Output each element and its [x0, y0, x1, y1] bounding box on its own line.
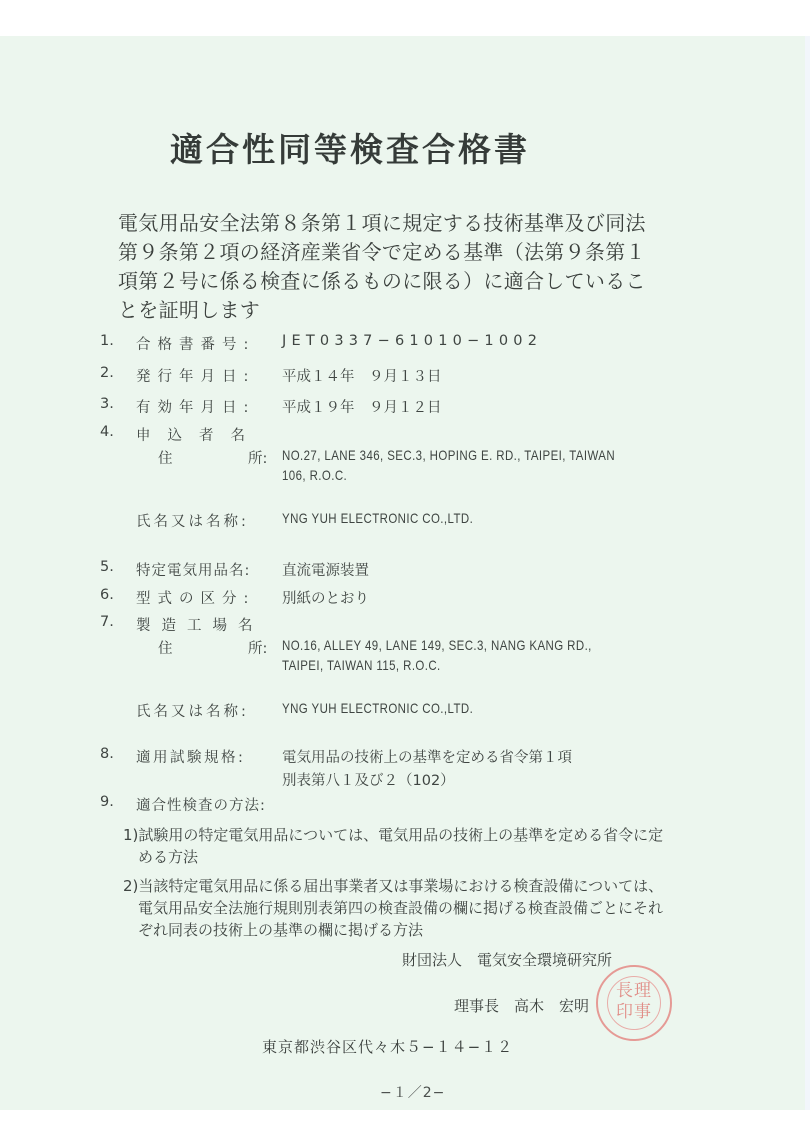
item-label-model-class: 型式の区分: [136, 587, 255, 608]
certificate-number: JET0337−61010−1002 [282, 333, 542, 349]
item-label-product-name: 特定電気用品名: [136, 559, 250, 580]
name-label: 氏名又は名称: [136, 510, 249, 531]
method-2-line-3: ぞれ同表の技術上の基準の欄に掲げる方法 [123, 919, 423, 940]
factory-name: YNG YUH ELECTRONIC CO.,LTD. [282, 700, 473, 716]
applicant-address-line-2: 106, R.O.C. [282, 467, 347, 483]
item-number: 6. [100, 587, 132, 603]
address-label-right: 所: [248, 447, 267, 468]
expiry-date: 平成１９年 ９月１２日 [282, 396, 442, 417]
factory-address-line-2: TAIPEI, TAIWAN 115, R.O.C. [282, 657, 441, 673]
paper-edge [805, 36, 810, 1110]
item-label-applicant: 申込者名 [136, 424, 262, 445]
item-number: 4. [100, 424, 132, 440]
item-number: 5. [100, 559, 132, 575]
item-number: 3. [100, 396, 132, 412]
intro-line-4: とを証明します [118, 294, 260, 323]
item-label-inspection-method: 適合性検査の方法: [136, 794, 266, 815]
item-number: 8. [100, 746, 132, 762]
applicant-address-line-1: NO.27, LANE 346, SEC.3, HOPING E. RD., T… [282, 447, 615, 463]
applicant-name: YNG YUH ELECTRONIC CO.,LTD. [282, 510, 473, 526]
address-label-right: 所: [248, 637, 267, 658]
official-seal-stamp: 長理印事 [596, 965, 672, 1041]
intro-line-2: 第９条第２項の経済産業省令で定める基準（法第９条第１ [118, 236, 646, 265]
address-label-left: 住 [158, 447, 173, 468]
intro-line-1: 電気用品安全法第８条第１項に規定する技術基準及び同法 [118, 207, 646, 236]
page-number: −１／2− [380, 1082, 445, 1102]
seal-text: 長理印事 [612, 981, 656, 1025]
model-class: 別紙のとおり [282, 587, 369, 608]
method-2-line-1: 2)当該特定電気用品に係る届出事業者又は事業場における検査設備については、 [123, 875, 663, 896]
issuer-organization: 財団法人 電気安全環境研究所 [402, 949, 612, 970]
item-number: 1. [100, 333, 132, 349]
item-number: 9. [100, 794, 132, 810]
issuer-address: 東京都渋谷区代々木５−１４−１２ [262, 1036, 513, 1057]
product-name: 直流電源装置 [282, 559, 369, 580]
factory-address-line-1: NO.16, ALLEY 49, LANE 149, SEC.3, NANG K… [282, 637, 592, 653]
item-label-certificate-number: 合格書番号: [136, 333, 255, 354]
method-1-line-1: 1)試験用の特定電気用品については、電気用品の技術上の基準を定める省令に定 [123, 824, 663, 845]
method-1-line-2: める方法 [123, 846, 198, 867]
document-title: 適合性同等検査合格書 [170, 124, 530, 171]
issuer-representative: 理事長 高木 宏明 [454, 995, 589, 1016]
item-label-expiry-date: 有効年月日: [136, 396, 255, 417]
issue-date: 平成１４年 ９月１３日 [282, 365, 442, 386]
test-standard-line-2: 別表第八１及び２（102） [282, 769, 455, 790]
intro-line-3: 項第２号に係る検査に係るものに限る）に適合しているこ [118, 265, 646, 294]
item-label-issue-date: 発行年月日: [136, 365, 255, 386]
test-standard-line-1: 電気用品の技術上の基準を定める省令第１項 [282, 746, 572, 767]
address-label-left: 住 [158, 637, 173, 658]
item-label-test-standard: 適用試験規格: [136, 746, 245, 767]
item-number: 2. [100, 365, 132, 381]
method-2-line-2: 電気用品安全法施行規則別表第四の検査設備の欄に掲げる検査設備ごとにそれ [123, 897, 663, 918]
name-label: 氏名又は名称: [136, 700, 249, 721]
item-label-factory: 製造工場名 [136, 614, 264, 635]
item-number: 7. [100, 614, 132, 630]
